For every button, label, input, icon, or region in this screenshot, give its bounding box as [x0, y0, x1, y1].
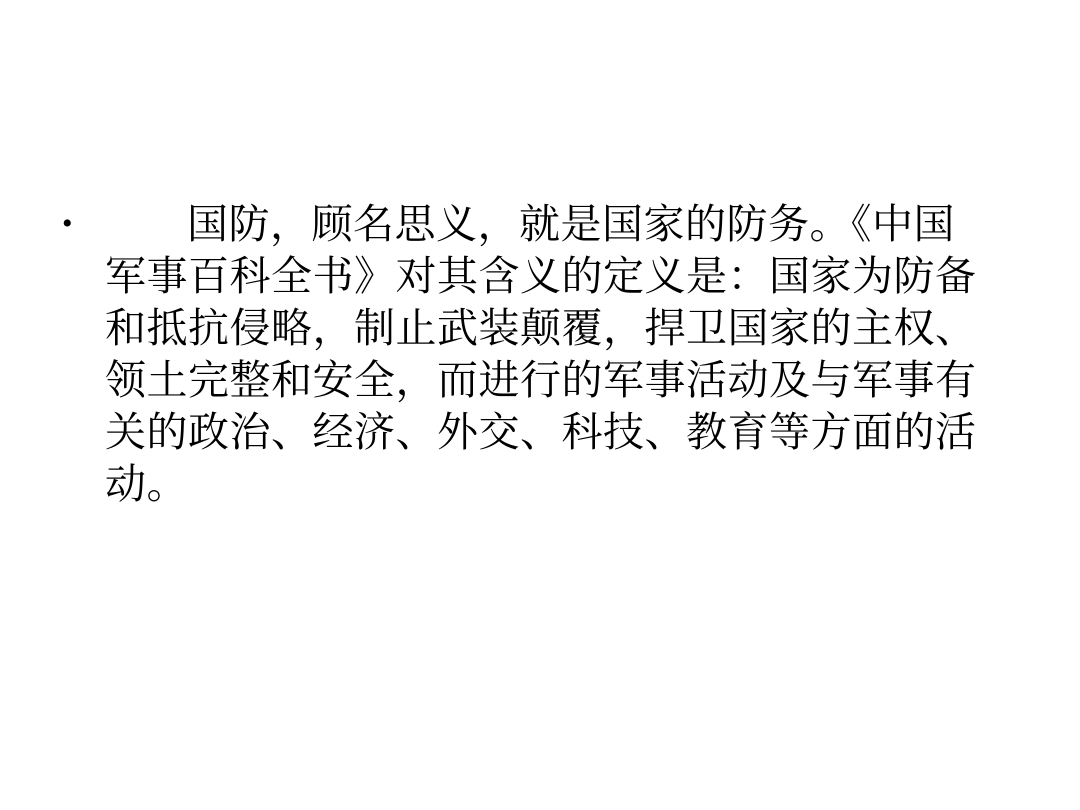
bullet-item: • 国防，顾名思义，就是国家的防务。《中国 军事百科全书》对其含义的定义是：国家…: [60, 198, 1010, 510]
slide: • 国防，顾名思义，就是国家的防务。《中国 军事百科全书》对其含义的定义是：国家…: [0, 0, 1080, 810]
paragraph-line-5: 关的政治、经济、外交、科技、教育等方面的活: [105, 406, 1010, 458]
paragraph-line-3: 和抵抗侵略，制止武装颠覆，捍卫国家的主权、: [105, 302, 1010, 354]
paragraph-line-1: 国防，顾名思义，就是国家的防务。《中国: [105, 198, 1010, 250]
bullet-marker: •: [60, 198, 105, 250]
paragraph-line-2: 军事百科全书》对其含义的定义是：国家为防备: [105, 250, 1010, 302]
paragraph: 国防，顾名思义，就是国家的防务。《中国 军事百科全书》对其含义的定义是：国家为防…: [105, 198, 1010, 510]
paragraph-line-4: 领土完整和安全，而进行的军事活动及与军事有: [105, 354, 1010, 406]
paragraph-line-6: 动。: [105, 458, 1010, 510]
